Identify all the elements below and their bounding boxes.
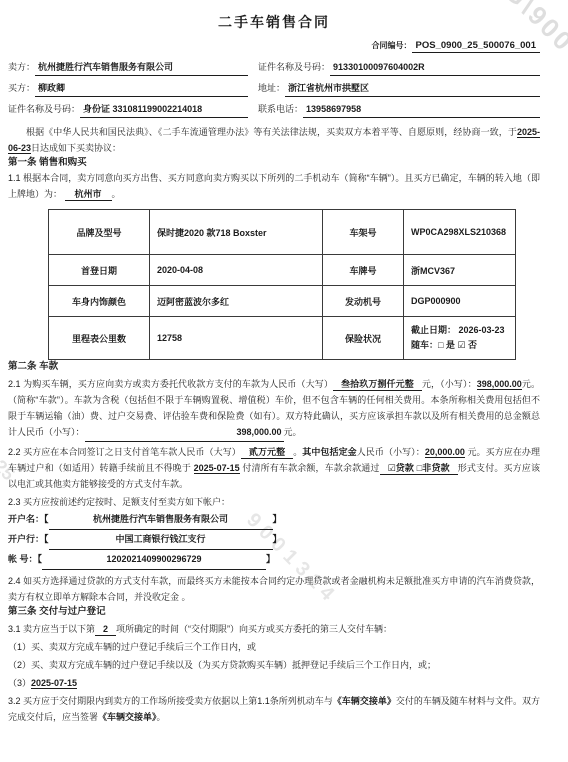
clause-3-1: 3.1 卖方应当于以下第2项所确定的时间（“交付期限”）向买方或买方委托的第三人… <box>8 621 540 637</box>
account-name-row: 开户名：【杭州捷胜行汽车销售服务有限公司】 <box>8 511 540 530</box>
section3-heading: 第三条 交付与过户登记 <box>8 605 540 619</box>
odometer-label: 里程表公里数 <box>49 317 150 360</box>
vin-label: 车架号 <box>323 210 404 255</box>
bracket-close: 】 <box>273 514 282 524</box>
engine-no-label: 发动机号 <box>323 286 404 317</box>
engine-no-value: DGP000900 <box>404 286 516 317</box>
brand-model-value: 保时捷2020 款718 Boxster <box>150 210 323 255</box>
clause-2-2-text-5: 付清所有车款余额，车款余款通过 <box>242 463 379 473</box>
parties-block: 卖方： 杭州捷胜行汽车销售服务有限公司 证件名称及号码： 91330100097… <box>8 61 540 118</box>
account-name-label: 开户名：【 <box>8 514 49 524</box>
color-value: 迈阿密蓝波尔多红 <box>150 286 323 317</box>
preamble-paragraph: 根据《中华人民共和国民法典》、《二手车流通管理办法》等有关法律法规，买卖双方本着… <box>8 124 540 156</box>
seller-label: 卖方： <box>8 61 35 76</box>
insurance-due-line: 截止日期： 2026-03-23 <box>411 323 508 338</box>
clause-3-2-text-1: 3.2 买方应于交付期限内到卖方的工作场所接受卖方依据以上第1.1条所列机动车与 <box>8 696 333 706</box>
table-row: 首登日期 2020-04-08 车牌号 浙MCV367 <box>49 255 516 286</box>
seller-cert-value: 91330100097604002R <box>330 61 540 76</box>
buyer-field: 买方： 柳政卿 <box>8 82 258 97</box>
phone-value: 13958697958 <box>303 103 540 118</box>
buyer-cert-value: 身份证 331081199002214018 <box>80 103 248 118</box>
clause-3-2: 3.2 买方应于交付期限内到卖方的工作场所接受卖方依据以上第1.1条所列机动车与… <box>8 693 540 725</box>
first-payment-capital: 贰万元整 <box>241 447 293 459</box>
clause-2-4: 2.4 如买方选择通过贷款的方式支付车款，而最终买方未能按本合同约定办理贷款或者… <box>8 573 540 605</box>
handover-doc-name-2: 《车辆交接单》 <box>98 712 157 722</box>
bracket-close: 】 <box>266 554 275 564</box>
phone-field: 联系电话： 13958697958 <box>258 103 540 118</box>
clause-2-2: 2.2 买方应在本合同签订之日支付首笔车款人民币（大写）贰万元整。其中包括定金人… <box>8 444 540 492</box>
price-capital: 叁拾玖万捌仟元整 <box>333 379 422 391</box>
first-reg-label: 首登日期 <box>49 255 150 286</box>
clause-1-1-end: 。 <box>112 189 121 199</box>
account-number-value: 1202021409900296729 <box>42 551 266 570</box>
plate-value: 浙MCV367 <box>404 255 516 286</box>
delivery-option-number: 2 <box>95 624 116 636</box>
first-reg-value: 2020-04-08 <box>150 255 323 286</box>
clause-2-1-end: 元。 <box>284 427 302 437</box>
brand-model-label: 品牌及型号 <box>49 210 150 255</box>
insurance-label: 保险状况 <box>323 317 404 360</box>
payment-method-checkboxes: ☑贷款 □非贷款 <box>380 463 458 475</box>
contract-number-row: 合同编号：POS_0900_25_500076_001 <box>8 39 540 52</box>
insurance-due-label: 截止日期： <box>411 325 459 335</box>
clause-2-2-text-1: 2.2 买方应在本合同签订之日支付首笔车款人民币（大写） <box>8 447 241 457</box>
vin-value: WP0CA298XLS210368 <box>404 210 516 255</box>
contract-number-label: 合同编号： <box>372 41 412 50</box>
clause-3-2-end: 。 <box>157 712 166 722</box>
account-number-label: 帐 号：【 <box>8 554 42 564</box>
address-value: 浙江省杭州市拱墅区 <box>285 82 540 97</box>
address-label: 地址： <box>258 82 285 97</box>
preamble-text-1: 根据《中华人民共和国民法典》、《二手车流通管理办法》等有关法律法规，买卖双方本着… <box>26 127 517 137</box>
clause-2-1-text-1: 2.1 为购买车辆，买方应向卖方或卖方委托代收款方支付的车款为人民币（大写） <box>8 379 333 389</box>
section2-block: 第二条 车款 2.1 为购买车辆，买方应向卖方或卖方委托代收款方支付的车款为人民… <box>8 360 540 605</box>
delivery-option-1: （1）买、卖双方完成车辆的过户登记手续后三个工作日内，或 <box>8 639 540 655</box>
clause-2-2-text-2: 。 <box>293 447 302 457</box>
seller-cert-field: 证件名称及号码： 91330100097604002R <box>258 61 540 76</box>
color-label: 车身内饰颜色 <box>49 286 150 317</box>
insurance-due-date: 2026-03-23 <box>459 325 505 335</box>
clause-1-1: 1.1 根据本合同，卖方同意向买方出售、买方同意向卖方购买以下所列的二手机动车（… <box>8 170 540 202</box>
buyer-cert-field: 证件名称及号码： 身份证 331081199002214018 <box>8 103 258 118</box>
section1-heading: 第一条 销售和购买 <box>8 156 540 170</box>
delivery-option-3-label: （3） <box>8 678 31 688</box>
seller-value: 杭州捷胜行汽车销售服务有限公司 <box>35 61 248 76</box>
party-row-1: 卖方： 杭州捷胜行汽车销售服务有限公司 证件名称及号码： 91330100097… <box>8 61 540 76</box>
delivery-date: 2025-07-15 <box>31 678 77 689</box>
balance-due-date: 2025-07-15 <box>194 463 240 474</box>
account-bank-value: 中国工商银行钱江支行 <box>49 531 273 550</box>
table-row: 品牌及型号 保时捷2020 款718 Boxster 车架号 WP0CA298X… <box>49 210 516 255</box>
account-name-value: 杭州捷胜行汽车销售服务有限公司 <box>49 511 273 530</box>
insurance-value: 截止日期： 2026-03-23 随车：□ 是 ☑ 否 <box>404 317 516 360</box>
deposit-amount: 20,000.00 <box>425 447 465 458</box>
party-row-2: 买方： 柳政卿 地址： 浙江省杭州市拱墅区 <box>8 82 540 97</box>
buyer-label: 买方： <box>8 82 35 97</box>
insurance-withcar-line: 随车：□ 是 ☑ 否 <box>411 338 508 353</box>
handover-doc-name-1: 《车辆交接单》 <box>333 696 396 706</box>
clause-2-1-text-2: 元，（小写）： <box>422 379 477 389</box>
account-bank-row: 开户行：【中国工商银行钱江支行】 <box>8 531 540 550</box>
clause-3-1-text-1: 3.1 卖方应当于以下第 <box>8 624 95 634</box>
phone-label: 联系电话： <box>258 103 303 118</box>
vehicle-info-table: 品牌及型号 保时捷2020 款718 Boxster 车架号 WP0CA298X… <box>48 209 516 360</box>
clause-3-1-text-2: 项所确定的时间（“交付期限”）向买方或买方委托的第三人交付车辆： <box>116 624 392 634</box>
contract-page: 二手车销售合同 合同编号：POS_0900_25_500076_001 卖方： … <box>0 0 568 725</box>
seller-field: 卖方： 杭州捷胜行汽车销售服务有限公司 <box>8 61 258 76</box>
plate-label: 车牌号 <box>323 255 404 286</box>
clause-2-1: 2.1 为购买车辆，买方应向卖方或卖方委托代收款方支付的车款为人民币（大写）叁拾… <box>8 376 540 442</box>
account-number-row: 帐 号：【1202021409900296729】 <box>8 551 540 570</box>
clause-2-2-text-3: 人民币（小写）： <box>357 447 425 457</box>
odometer-value: 12758 <box>150 317 323 360</box>
total-amount: 398,000.00 <box>85 424 284 442</box>
buyer-cert-label: 证件名称及号码： <box>8 103 80 118</box>
table-row: 里程表公里数 12758 保险状况 截止日期： 2026-03-23 随车：□ … <box>49 317 516 360</box>
seller-cert-label: 证件名称及号码： <box>258 61 330 76</box>
table-row: 车身内饰颜色 迈阿密蓝波尔多红 发动机号 DGP000900 <box>49 286 516 317</box>
page-title: 二手车销售合同 <box>8 8 540 32</box>
price-numeric: 398,000.00 <box>477 379 522 390</box>
contract-number-value: POS_0900_25_500076_001 <box>412 40 540 53</box>
delivery-option-2: （2）买、卖双方完成车辆的过户登记手续以及（为买方贷款购买车辆）抵押登记手续后三… <box>8 657 540 673</box>
preamble-text-2: 日达成如下买卖协议： <box>31 143 121 153</box>
section3-block: 第三条 交付与过户登记 3.1 卖方应当于以下第2项所确定的时间（“交付期限”）… <box>8 605 540 725</box>
clause-2-3: 2.3 买方应按前述约定按时、足额支付至卖方如下帐户： <box>8 494 540 510</box>
address-field: 地址： 浙江省杭州市拱墅区 <box>258 82 540 97</box>
account-bank-label: 开户行：【 <box>8 534 49 544</box>
buyer-value: 柳政卿 <box>35 82 248 97</box>
delivery-option-3: （3）2025-07-15 <box>8 675 540 691</box>
party-row-3: 证件名称及号码： 身份证 331081199002214018 联系电话： 13… <box>8 103 540 118</box>
bracket-close: 】 <box>273 534 282 544</box>
registration-city: 杭州市 <box>65 189 112 201</box>
section2-heading: 第二条 车款 <box>8 360 540 374</box>
deposit-bold-note: 其中包括定金 <box>302 447 356 457</box>
